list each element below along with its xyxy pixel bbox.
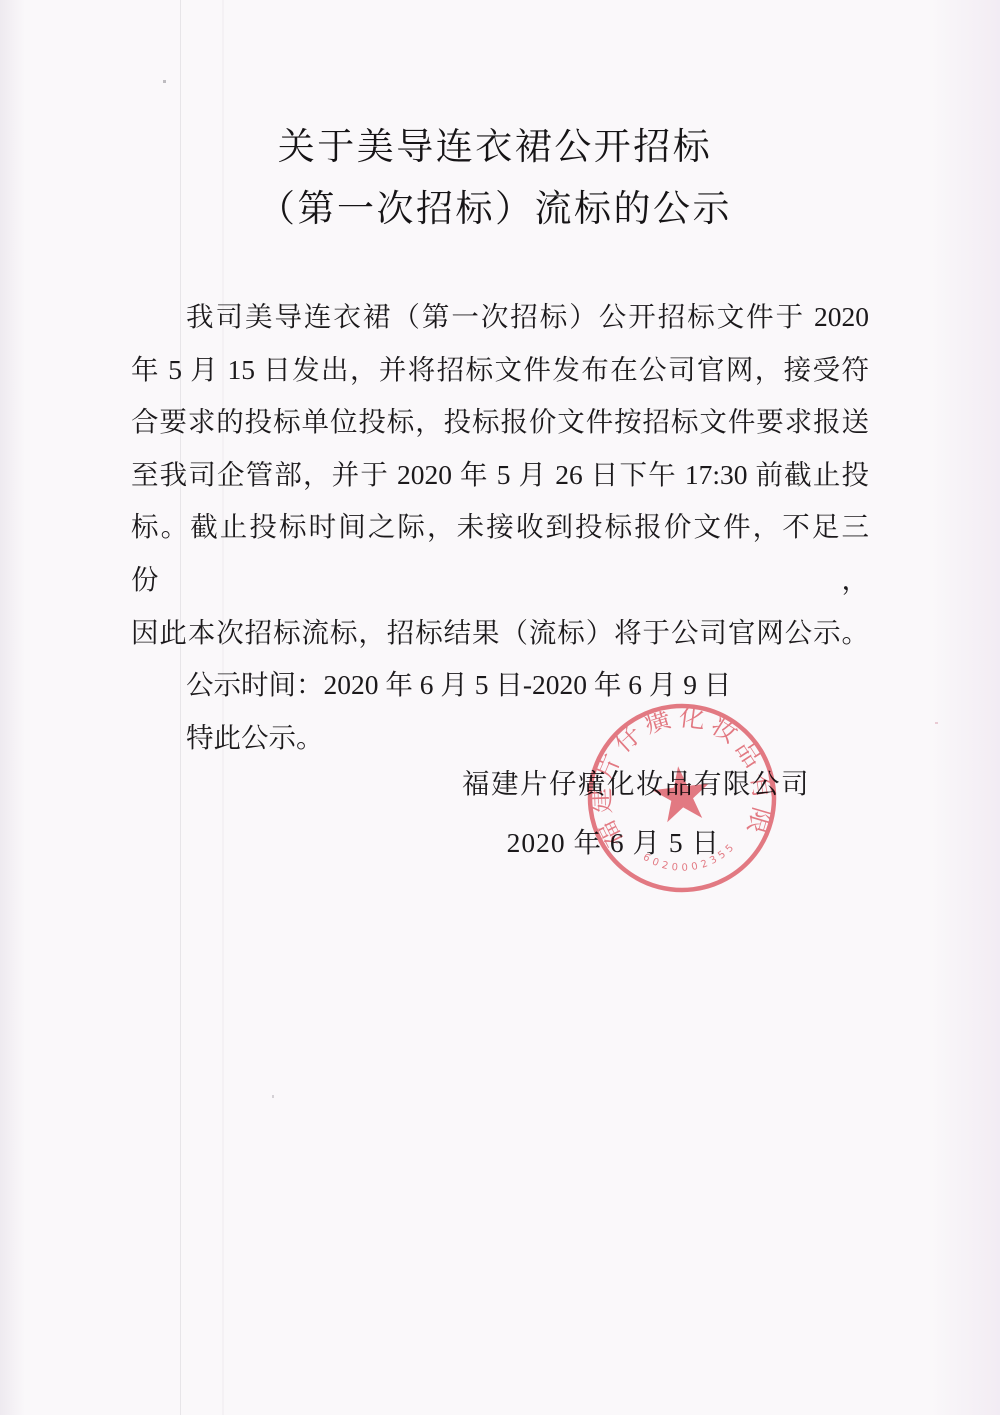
document-page: 关于美导连衣裙公开招标 （第一次招标）流标的公示 我司美导连衣裙（第一次招标）公… <box>0 0 1000 1415</box>
body-line: 标。截止投标时间之际，未接收到投标报价文件，不足三份， <box>131 501 869 606</box>
star-icon <box>650 763 713 824</box>
body-line: 至我司企管部，并于 2020 年 5 月 26 日下午 17:30 前截止投 <box>131 449 869 502</box>
scan-speck <box>163 80 166 83</box>
body-line: 我司美导连衣裙（第一次招标）公开招标文件于 2020 <box>131 291 869 344</box>
title-line-2: （第一次招标）流标的公示 <box>0 179 990 241</box>
document-title: 关于美导连衣裙公开招标 （第一次招标）流标的公示 <box>0 117 990 241</box>
scan-speck <box>935 722 938 724</box>
body-line: 年 5 月 15 日发出，并将招标文件发布在公司官网，接受符 <box>131 344 869 397</box>
body-line: 合要求的投标单位投标，投标报价文件按招标文件要求报送 <box>131 396 869 449</box>
company-seal: 福建片仔癀化妆品有限公司 6020002355 <box>559 675 804 920</box>
scan-speck <box>272 1095 274 1098</box>
seal-serial-number: 6020002355 <box>640 839 742 879</box>
title-line-1: 关于美导连衣裙公开招标 <box>0 117 990 179</box>
body-line: 因此本次招标流标，招标结果（流标）将于公司官网公示。 <box>131 607 869 660</box>
svg-text:6020002355: 6020002355 <box>640 839 742 879</box>
